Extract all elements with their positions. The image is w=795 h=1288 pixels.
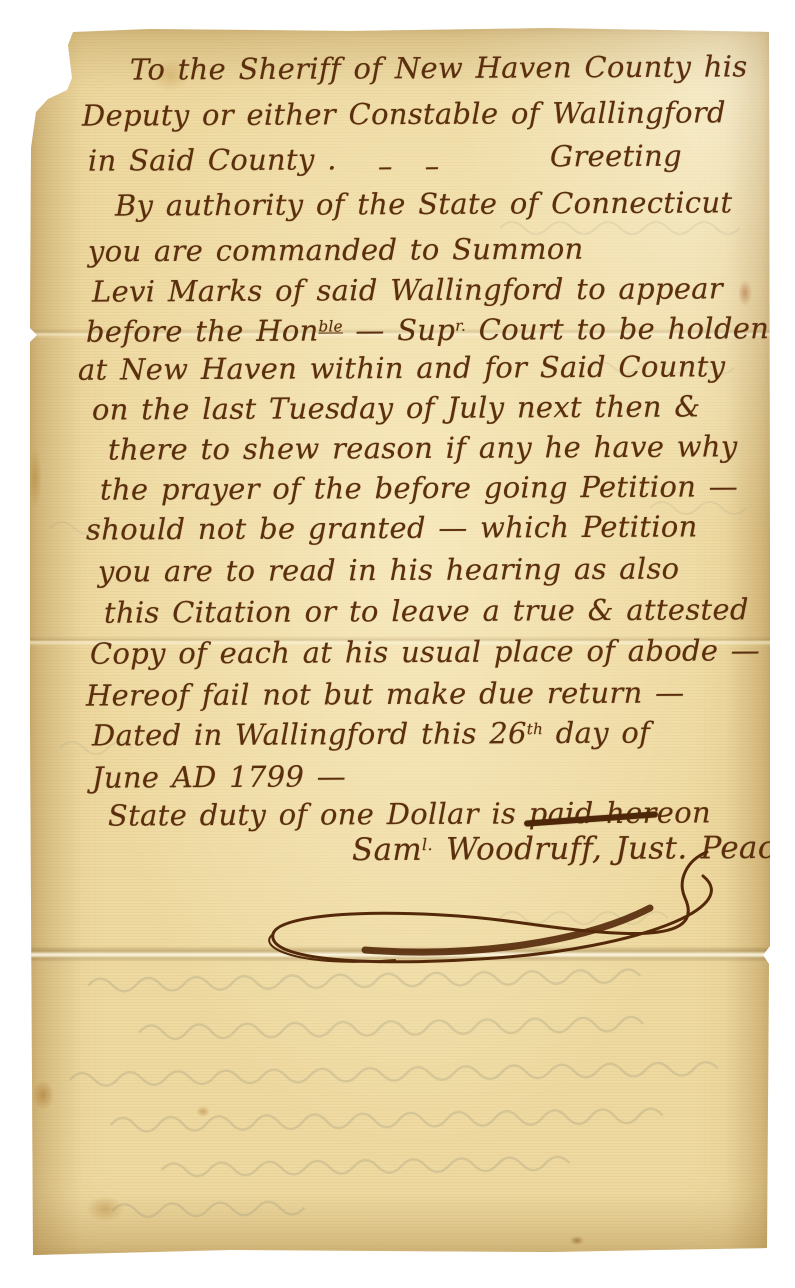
manuscript-line: at New Haven within and for Said County (78, 350, 726, 387)
manuscript-line: should not be granted — which Petition (86, 510, 698, 547)
manuscript-dashes: – – (378, 150, 449, 184)
manuscript-line: By authority of the State of Connecticut (115, 186, 733, 223)
manuscript-dateline: Dated in Wallingford this 26th day of (92, 717, 650, 753)
manuscript-line: in Said County . (88, 143, 337, 178)
manuscript-line: you are to read in his hearing as also (98, 552, 680, 588)
signature-flourish (215, 846, 745, 991)
manuscript-line: before the Honble — Supr. Court to be ho… (86, 312, 769, 349)
manuscript-line: on the last Tuesday of July next then & (92, 390, 701, 427)
manuscript-page: To the Sheriff of New Haven County his D… (30, 28, 770, 1255)
manuscript-line: you are commanded to Summon (88, 233, 584, 269)
manuscript-line: Hereof fail not but make due return — (86, 676, 685, 712)
superscript: th (527, 720, 543, 738)
manuscript-line: the prayer of the before going Petition … (100, 470, 738, 507)
manuscript-line: Levi Marks of said Wallingford to appear (92, 272, 723, 309)
superscript: ble (318, 317, 342, 335)
manuscript-line: To the Sheriff of New Haven County his (130, 50, 748, 87)
manuscript-greeting: Greeting (550, 140, 682, 174)
manuscript-line: Deputy or either Constable of Wallingfor… (82, 96, 726, 133)
superscript: r. (455, 317, 466, 335)
manuscript-line: Copy of each at his usual place of abode… (90, 634, 760, 671)
manuscript-line: this Citation or to leave a true & attes… (104, 593, 749, 630)
manuscript-dateline: June AD 1799 — (92, 760, 346, 795)
manuscript-line: there to shew reason if any he have why (108, 430, 738, 467)
document-scan: To the Sheriff of New Haven County his D… (0, 0, 795, 1288)
